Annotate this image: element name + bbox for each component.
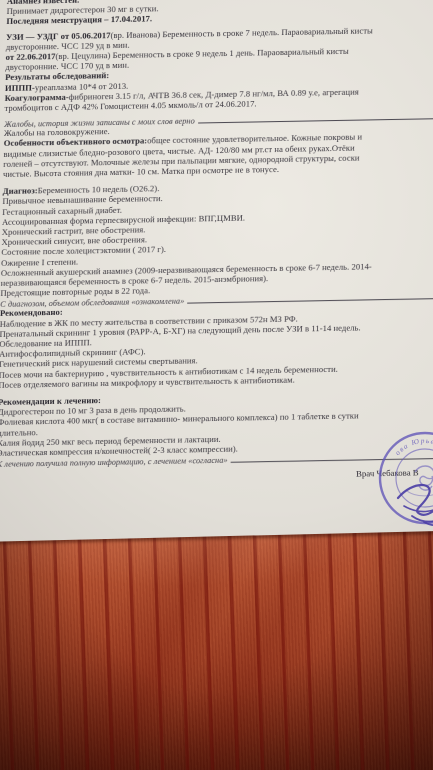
doc-line-text: ИППП- <box>5 82 35 93</box>
doctor-stamp: ова Юрьевна <box>368 428 433 538</box>
doc-line-text: Последняя менструация – 17.04.2017. <box>6 14 152 27</box>
doc-line-text: Диагноз: <box>3 186 38 197</box>
photo-background: { "colors":{ "paper":"#e2dfd8", "ink":"#… <box>0 0 433 770</box>
document-text: Анамнез известен.Принимает дидрогестерон… <box>0 0 433 468</box>
